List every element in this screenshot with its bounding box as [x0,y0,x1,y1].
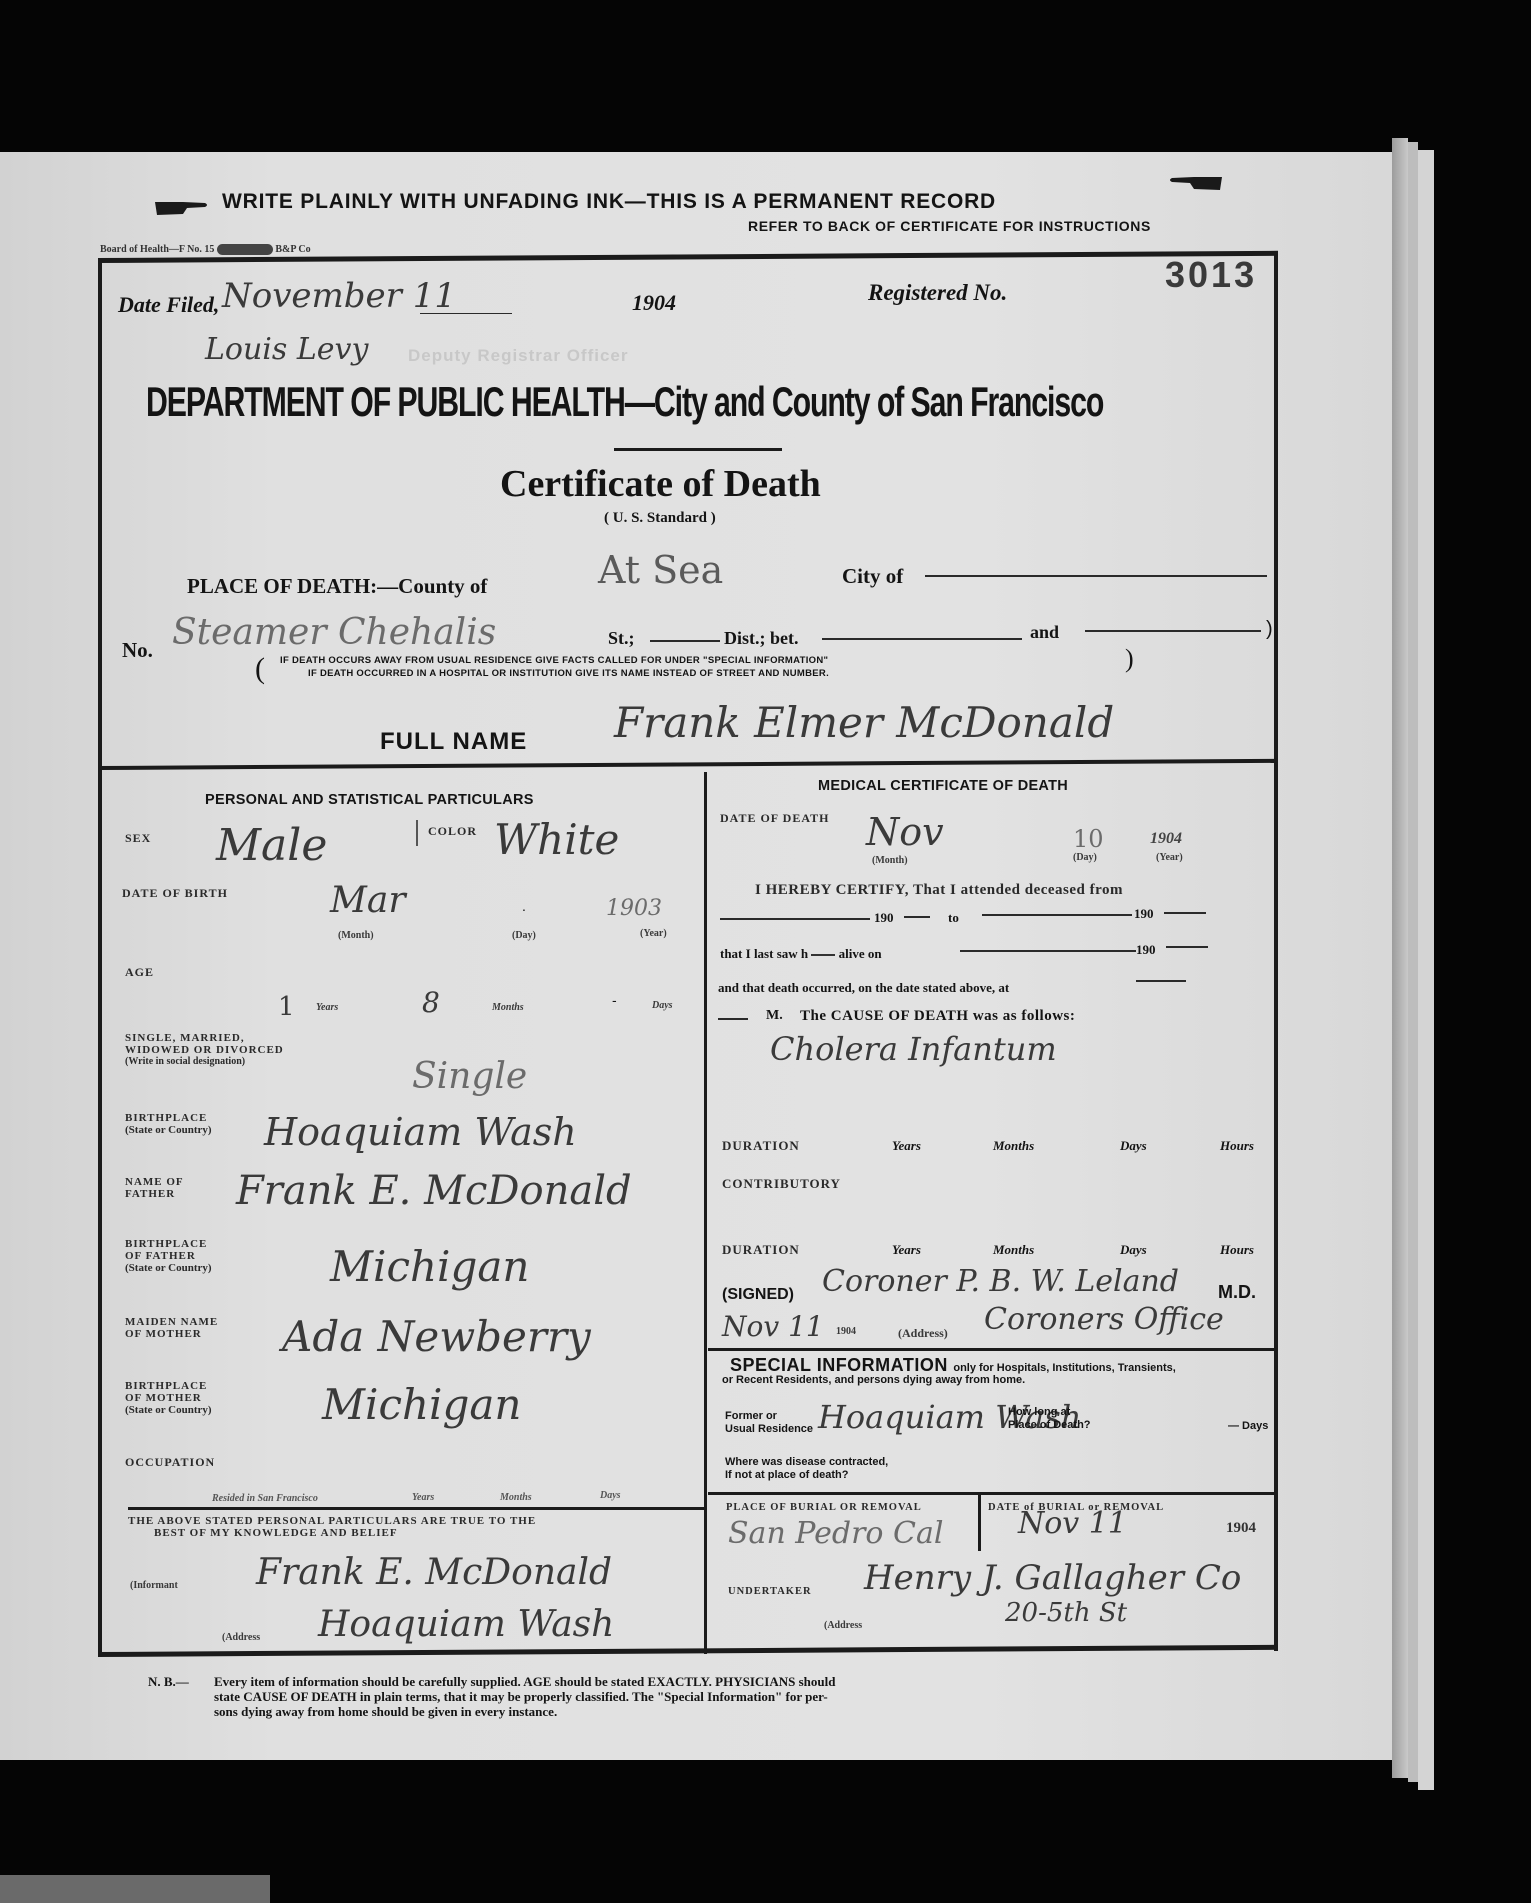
father-name-label: NAME OFFATHER [125,1176,184,1200]
date-filed-year: 1904 [632,290,676,316]
birthplace-label: BIRTHPLACE(State or Country) [125,1112,212,1136]
full-name-label: FULL NAME [380,728,527,756]
contributory-label: CONTRIBUTORY [722,1178,841,1190]
informant-label: (Informant [130,1580,178,1591]
dob-month-caption: (Month) [338,930,374,941]
cause-of-death-label: The CAUSE OF DEATH was as follows: [800,1008,1075,1025]
street-number-label: No. [122,638,153,663]
duration-hours-2: Hours [1220,1242,1254,1258]
sex-value: Male [216,820,327,871]
duration-label: DURATION [722,1140,800,1152]
burial-date-value: Nov 11 [1018,1506,1127,1541]
book-page-edge [1418,150,1434,1790]
duration-years: Years [892,1138,921,1154]
street-label: St.; [608,628,635,649]
duration-days-2: Days [1120,1242,1147,1258]
dob-day-caption: (Day) [512,930,536,941]
birthplace-value: Hoaquiam Wash [264,1110,577,1154]
dob-label: DATE OF BIRTH [122,887,228,899]
attended-from-line [720,918,870,920]
dod-day-caption: (Day) [1073,852,1097,863]
resided-days: Days [600,1490,621,1501]
signed-date: Nov 11 [722,1310,824,1343]
column-divider [704,772,707,1654]
special-info-note: or Recent Residents, and persons dying a… [722,1374,1025,1386]
registrar-title-faint: Deputy Registrar Officer [408,346,629,366]
duration-days: Days [1120,1138,1147,1154]
sex-color-separator [416,820,418,846]
to-year-prefix: 190 [1134,906,1154,922]
dod-month-caption: (Month) [872,855,908,866]
sex-label: SEX [125,832,151,844]
age-days: - [612,992,617,1008]
dob-year: 1903 [606,896,662,921]
refer-instructions-notice: REFER TO BACK OF CERTIFICATE FOR INSTRUC… [748,218,1151,234]
undertaker-address-value: 20-5th St [1005,1598,1127,1628]
duration-hours: Hours [1220,1138,1254,1154]
registered-number-label: Registered No. [868,280,1007,306]
undertaker-address-label: (Address [824,1620,862,1631]
burial-divider [708,1492,1276,1495]
street-line [650,640,720,642]
date-of-death-day: 10 [1073,825,1104,853]
burial-year: 1904 [1226,1520,1256,1537]
how-long-value: — Days [1228,1420,1268,1432]
father-birthplace-value: Michigan [330,1242,529,1291]
burial-column-divider [978,1495,981,1551]
to-year-line [1164,912,1206,914]
pointing-hand-icon [153,199,209,217]
place-note-line-1: IF DEATH OCCURS AWAY FROM USUAL RESIDENC… [280,655,828,666]
informant-statement: THE ABOVE STATED PERSONAL PARTICULARS AR… [128,1515,536,1539]
book-page-edge [1408,142,1418,1782]
form-left-border [98,262,102,1654]
age-days-caption: Days [652,1000,673,1011]
date-of-death-label: DATE OF DEATH [720,812,829,824]
death-place-line [1136,980,1186,982]
paren-open: ( [255,652,265,686]
dob-day: . [522,898,526,914]
street-number-value: Steamer Chehalis [172,612,496,653]
marital-value: Single [412,1056,527,1097]
age-years: 1 [278,992,295,1022]
time-line [718,1018,748,1020]
from-year-prefix: 190 [874,910,894,926]
father-birthplace-label: BIRTHPLACEOF FATHER(State or Country) [125,1238,212,1274]
attended-to-line [982,914,1132,916]
date-of-death-month: Nov [866,810,944,854]
footnote-text: Every item of information should be care… [214,1674,835,1719]
dod-year-caption: (Year) [1156,852,1183,863]
last-saw-year-prefix: 190 [1136,942,1156,958]
duration-months: Months [993,1138,1034,1154]
registered-number: 3013 [1165,254,1257,296]
registrar-signature: Louis Levy [205,332,368,367]
mother-birthplace-label: BIRTHPLACEOF MOTHER(State or Country) [125,1380,212,1416]
how-long-label: How long atPlace of Death? [1008,1406,1091,1432]
date-filed-line [420,313,512,314]
mother-birthplace-value: Michigan [322,1380,521,1429]
duration-months-2: Months [993,1242,1034,1258]
us-standard-subtitle: ( U. S. Standard ) [604,510,716,527]
certify-statement: I HEREBY CERTIFY, That I attended deceas… [755,882,1123,899]
full-name-value: Frank Elmer McDonald [614,698,1114,747]
date-of-death-year: 1904 [1150,830,1182,848]
title-rule [614,448,782,451]
informant-divider [128,1507,706,1510]
district-line [822,638,1022,640]
place-of-death-label: PLACE OF DEATH:—County of [187,574,487,599]
county-value: At Sea [598,548,723,592]
mother-name-label: MAIDEN NAMEOF MOTHER [125,1316,218,1340]
death-occurred-text: and that death occurred, on the date sta… [718,980,1009,996]
undertaker-label: UNDERTAKER [728,1586,812,1598]
place-note-line-2: IF DEATH OCCURRED IN A HOSPITAL OR INSTI… [308,668,829,679]
disease-contracted-label: Where was disease contracted,If not at p… [725,1456,888,1482]
special-info-heading: SPECIAL INFORMATION only for Hospitals, … [730,1355,1176,1376]
paren-close: ) [1266,618,1273,641]
age-months: 8 [422,986,440,1019]
department-heading: DEPARTMENT OF PUBLIC HEALTH—City and Cou… [146,378,1103,426]
resided-months: Months [500,1492,532,1503]
form-id: Board of Health—F No. 15 B&P Co [100,244,311,255]
paren-close: ) [1125,644,1134,674]
burial-place-value: San Pedro Cal [728,1516,943,1551]
personal-heading: PERSONAL AND STATISTICAL PARTICULARS [205,792,534,808]
age-label: AGE [125,966,154,978]
district-label: Dist.; bet. [724,628,799,649]
scan-shadow [0,1875,270,1903]
permanent-record-notice: WRITE PLAINLY WITH UNFADING INK—THIS IS … [222,190,996,214]
physician-address-value: Coroners Office [984,1302,1224,1337]
usual-residence-label: Former orUsual Residence [725,1410,813,1436]
m-label: M. [766,1008,783,1024]
last-saw-date-line [960,950,1136,952]
certificate-title: Certificate of Death [500,462,821,506]
physician-address-label: (Address) [898,1326,948,1341]
city-label: City of [842,564,903,589]
form-right-border [1274,251,1278,1651]
md-label: M.D. [1218,1282,1256,1303]
burial-place-label: PLACE OF BURIAL OR REMOVAL [726,1502,922,1514]
special-divider [708,1348,1276,1351]
duration-years-2: Years [892,1242,921,1258]
and-line [1085,630,1261,632]
marital-label: SINGLE, MARRIED,WIDOWED OR DIVORCED(Writ… [125,1032,284,1068]
age-months-caption: Months [492,1002,524,1013]
mother-name-value: Ada Newberry [282,1312,591,1361]
footnote-label: N. B.— [148,1674,189,1690]
date-filed-value: November 11 [222,276,456,316]
seal-icon [217,244,273,255]
to-label: to [948,910,959,926]
pointing-hand-icon [1168,174,1224,192]
physician-signature: Coroner P. B. W. Leland [822,1264,1179,1299]
resided-years: Years [412,1492,434,1503]
informant-value: Frank E. McDonald [256,1552,612,1593]
signed-label: (SIGNED) [722,1286,794,1304]
duration-label-2: DURATION [722,1244,800,1256]
dob-month: Mar [330,880,406,921]
last-saw-year-line [1166,946,1208,948]
and-label: and [1030,622,1059,643]
informant-address-value: Hoaquiam Wash [318,1604,614,1645]
color-label: COLOR [428,825,477,837]
date-filed-label: Date Filed, [118,292,219,318]
medical-heading: MEDICAL CERTIFICATE OF DEATH [818,778,1068,794]
color-value: White [494,815,619,864]
signed-year: 1904 [836,1326,856,1337]
cause-of-death-value: Cholera Infantum [770,1030,1057,1068]
from-year-line [904,916,930,918]
dob-year-caption: (Year) [640,928,667,939]
father-name-value: Frank E. McDonald [236,1168,632,1214]
age-years-caption: Years [316,1002,338,1013]
last-saw-label: that I last saw h alive on [720,946,882,962]
occupation-label: OCCUPATION [125,1456,215,1468]
resided-label: Resided in San Francisco [212,1493,318,1504]
undertaker-value: Henry J. Gallagher Co [864,1558,1241,1598]
book-page-edge [1392,138,1408,1778]
informant-address-label: (Address [222,1632,260,1643]
city-line [925,575,1267,577]
